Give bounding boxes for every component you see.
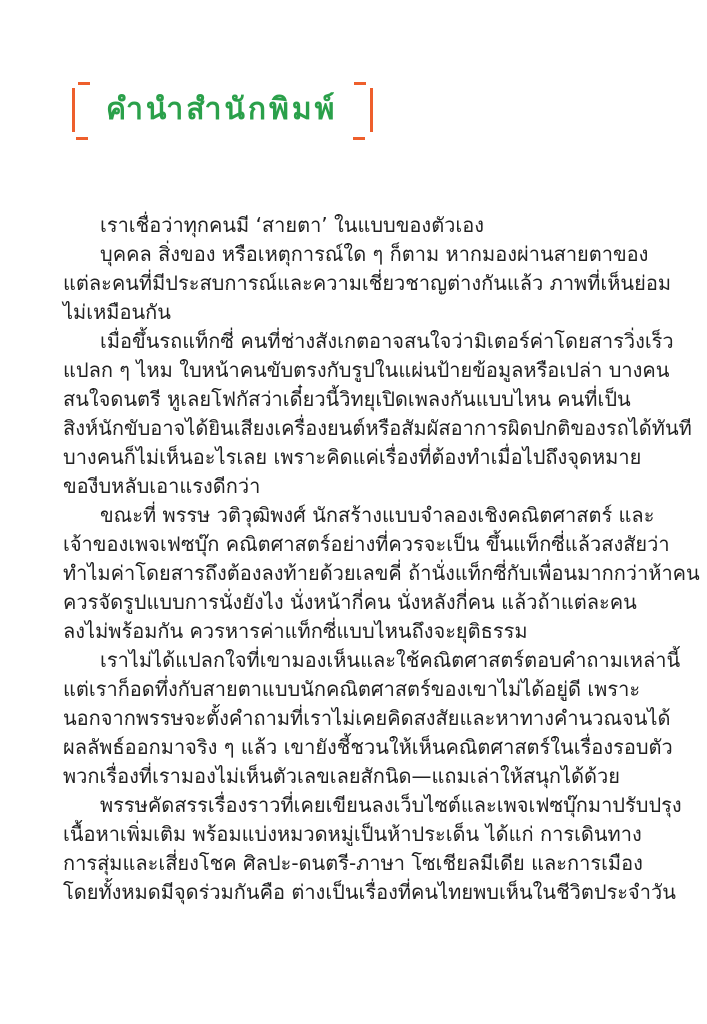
text-line: นอกจากพรรษจะตั้งคำถามที่เราไม่เคยคิดสงสั…	[63, 704, 649, 733]
paragraph: บุคคล สิ่งของ หรือเหตุการณ์ใด ๆ ก็ตาม หา…	[63, 240, 649, 327]
text-line: เนื้อหาเพิ่มเติม พร้อมแบ่งหมวดหมู่เป็นห้…	[63, 820, 649, 849]
text-line: การสุ่มและเสี่ยงโชค ศิลปะ-ดนตรี-ภาษา โซเ…	[63, 849, 649, 878]
paragraph: เมื่อขึ้นรถแท็กซี่ คนที่ช่างสังเกตอาจสนใ…	[63, 327, 649, 501]
text-line: สนใจดนตรี หูเลยโฟกัสว่าเดี๋ยวนี้วิทยุเปิ…	[63, 385, 649, 414]
text-line: พวกเรื่องที่เรามองไม่เห็นตัวเลขเลยสักนิด…	[63, 762, 649, 791]
heading-bracket-right-icon	[355, 80, 375, 140]
chapter-heading: คำนำสำนักพิมพ์	[70, 80, 375, 140]
text-line: แต่ละคนที่มีประสบการณ์และความเชี่ยวชาญต่…	[63, 269, 649, 298]
paragraph: เราไม่ได้แปลกใจที่เขามองเห็นและใช้คณิตศา…	[63, 646, 649, 791]
paragraph: พรรษคัดสรรเรื่องราวที่เคยเขียนลงเว็บไซต์…	[63, 791, 649, 907]
text-line: เราไม่ได้แปลกใจที่เขามองเห็นและใช้คณิตศา…	[63, 646, 649, 675]
text-line: แต่เราก็อดทึ่งกับสายตาแบบนักคณิตศาสตร์ขอ…	[63, 675, 649, 704]
text-line: พรรษคัดสรรเรื่องราวที่เคยเขียนลงเว็บไซต์…	[63, 791, 649, 820]
text-line: เจ้าของเพจเฟซบุ๊ก คณิตศาสตร์อย่างที่ควรจ…	[63, 530, 649, 559]
text-line: ควรจัดรูปแบบการนั่งยังไง นั่งหน้ากี่คน น…	[63, 588, 649, 617]
text-line: สิงห์นักขับอาจได้ยินเสียงเครื่องยนต์หรือ…	[63, 414, 649, 443]
text-line: บุคคล สิ่งของ หรือเหตุการณ์ใด ๆ ก็ตาม หา…	[63, 240, 649, 269]
text-line: บางคนก็ไม่เห็นอะไรเลย เพราะคิดแค่เรื่องท…	[63, 443, 649, 472]
foreword-body: เราเชื่อว่าทุกคนมี ‘สายตา’ ในแบบของตัวเอ…	[63, 211, 649, 907]
text-line: ทำไมค่าโดยสารถึงต้องลงท้ายด้วยเลขคี่ ถ้า…	[63, 559, 649, 588]
paragraph: ขณะที่ พรรษ วติวุฒิพงศ์ นักสร้างแบบจำลอง…	[63, 501, 649, 646]
heading-bracket-left-icon	[70, 80, 90, 140]
text-line: ลงไม่พร้อมกัน ควรหารค่าแท็กซี่แบบไหนถึงจ…	[63, 617, 649, 646]
text-line: แปลก ๆ ไหม ใบหน้าคนขับตรงกับรูปในแผ่นป้า…	[63, 356, 649, 385]
book-page: คำนำสำนักพิมพ์ เราเชื่อว่าทุกคนมี ‘สายตา…	[0, 0, 707, 1024]
text-line: ผลลัพธ์ออกมาจริง ๆ แล้ว เขายังชี้ชวนให้เ…	[63, 733, 649, 762]
text-line: เราเชื่อว่าทุกคนมี ‘สายตา’ ในแบบของตัวเอ…	[63, 211, 649, 240]
text-line: ของีบหลับเอาแรงดีกว่า	[63, 472, 649, 501]
chapter-title: คำนำสำนักพิมพ์	[94, 80, 351, 140]
text-line: ไม่เหมือนกัน	[63, 298, 649, 327]
paragraph: เราเชื่อว่าทุกคนมี ‘สายตา’ ในแบบของตัวเอ…	[63, 211, 649, 240]
text-line: โดยทั้งหมดมีจุดร่วมกันคือ ต่างเป็นเรื่อง…	[63, 878, 649, 907]
text-line: เมื่อขึ้นรถแท็กซี่ คนที่ช่างสังเกตอาจสนใ…	[63, 327, 649, 356]
text-line: ขณะที่ พรรษ วติวุฒิพงศ์ นักสร้างแบบจำลอง…	[63, 501, 649, 530]
